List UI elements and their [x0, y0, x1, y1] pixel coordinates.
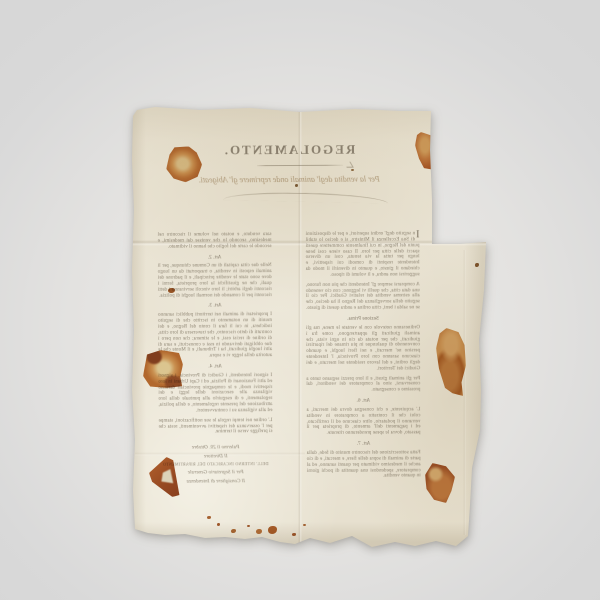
article-heading: Art. 3.	[158, 304, 272, 310]
article-heading: Art. 6.	[306, 398, 420, 404]
text-paragraph: In seguito degl' ordini superiori, e per…	[305, 231, 419, 278]
article-heading: Sezione Prima.	[306, 316, 420, 322]
ornament-rule	[257, 165, 343, 166]
text-paragraph: Il Direttore	[159, 454, 273, 460]
text-paragraph: sara venduto, e notato nel volume il ris…	[157, 232, 271, 250]
text-paragraph: A comprarsi sempre gl' Intendenti che pi…	[306, 282, 420, 312]
document-photo: REGOLAMENTO. Per la vendita degl' animal…	[0, 0, 600, 600]
text-paragraph: Per gli animali giusti, e li loro prezzi…	[306, 376, 420, 394]
showthrough-text-layer: REGOLAMENTO. Per la vendita degl' animal…	[149, 129, 431, 542]
photo-backdrop: REGOLAMENTO. Per la vendita degl' animal…	[0, 0, 600, 600]
paper-sheet: REGOLAMENTO. Per la vendita degl' animal…	[0, 0, 600, 600]
text-paragraph: Ordineranno notevole con le ventate le m…	[306, 325, 420, 372]
text-paragraph: L' acquirente, e chi consegna dovra dei …	[306, 407, 420, 437]
text-paragraph: L' ordine nei tempi regola le sue notifi…	[158, 418, 272, 436]
text-paragraph: Nelle due citta capitali di un Comune ch…	[158, 263, 272, 299]
rust-speck	[475, 263, 479, 267]
wax-stain-middle-left	[143, 350, 183, 388]
text-paragraph: Palermo li 20. Ottobre	[159, 445, 273, 451]
wax-stain-middle-right	[436, 328, 466, 396]
stain-hole	[160, 467, 175, 485]
text-paragraph: Fatta sottoscrizione del riscontro munit…	[307, 450, 421, 480]
article-heading: Art. 2.	[158, 255, 272, 261]
right-edge-crease	[463, 250, 466, 535]
text-column-recto-left: In seguito degl' ordini superiori, e per…	[305, 231, 420, 484]
text-paragraph: DELL' INTERNO INCARICATO DEL RIPARTIMENT…	[159, 462, 273, 467]
article-heading: Art. 7.	[307, 441, 421, 447]
underline-rule	[224, 191, 389, 204]
